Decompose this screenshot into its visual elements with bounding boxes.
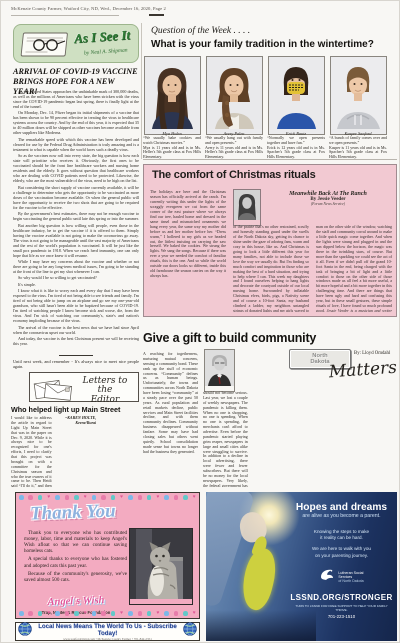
body-paragraph: By the government's best estimates, ther… [13, 211, 139, 221]
student-detail: Avery is 11 years old and is in Ms. Hell… [205, 146, 263, 160]
ranch-col-2: of the prairie that's no other restraine… [233, 225, 309, 312]
globe-icon [18, 622, 32, 641]
body-paragraph: On Monday, Dec. 14, Pfizer began its ini… [13, 110, 139, 135]
banner-headline: Local News Means The World To Us - Subsc… [34, 623, 181, 637]
ranch-news-service: (Forum News Service) [264, 202, 392, 206]
student-photo-4 [330, 56, 387, 135]
lssnd-parenting-ad: Hopes and dreams are alive as you become… [206, 492, 397, 641]
body-paragraph: While I may have my concerns about the v… [13, 259, 139, 274]
as-i-see-it-body: As the United States approaches the unth… [13, 89, 139, 351]
cat-photo [129, 528, 193, 605]
column-end-divider [59, 355, 93, 356]
lssnd-url: LSSND.ORG/STRONGER [290, 593, 393, 602]
lssnd-logo-sub: of North Dakota [338, 579, 363, 583]
as-i-see-it-logo-title: As I See It [74, 27, 131, 47]
ranch-title-block: Meanwhile Back At The Ranch By Jessie Ve… [264, 191, 392, 206]
letters-headline: Who helped light up Main Street [11, 405, 143, 414]
letter-signature-place: Keene/Rural [56, 421, 97, 426]
ranch-section-heading: The comfort of Christmas rituals [152, 169, 316, 181]
dove-icon [319, 567, 335, 588]
body-paragraph: As the United States approaches the unth… [13, 89, 139, 109]
subscribe-banner-ad: Local News Means The World To Us - Subsc… [15, 622, 200, 641]
body-paragraph: But considering the short supply of vacc… [13, 185, 139, 210]
lloyd-omdahl-photo [204, 349, 235, 392]
ranch-col-3-text: man on the other side of the window, wat… [316, 225, 392, 312]
body-paragraph: So as the vaccines now roll into every s… [13, 153, 139, 183]
student-detail: Mya is 11 years old and is in Ms. Heller… [143, 146, 201, 160]
headline-line-1: ARRIVAL OF COVID-19 VACCINE [13, 67, 140, 77]
as-i-see-it-logo-box: As I See It by Neal A. Shipman [13, 24, 139, 63]
ranch-author-bio: Jessie Veeder is a musician and writer l… [316, 308, 392, 312]
thank-you-paragraph: A special thanks to everyone who has fos… [24, 556, 127, 568]
letters-logo-line-1: Letters to the [74, 377, 136, 396]
thank-you-script-heading: Thank You [30, 501, 116, 526]
lssnd-logo-row: Lutheran Social Services of North Dakota [290, 567, 393, 588]
body-paragraph: So why would I be so willing to get vacc… [13, 275, 139, 280]
newspaper-glasses-icon [18, 28, 72, 66]
ranch-column-box: The comfort of Christmas rituals The hol… [143, 164, 397, 317]
section-rule [143, 159, 397, 160]
thank-you-paragraph: Thank you to everyone who has contribute… [24, 530, 127, 554]
letters-to-editor-logo-box: Letters to the Editor [29, 372, 139, 402]
globe-icon [183, 622, 197, 641]
as-i-see-it-closing: Until next week, and remember - It's alw… [13, 359, 139, 369]
mail-envelopes-icon [32, 376, 74, 406]
lssnd-phone: 701-223-1510 [290, 614, 393, 619]
body-paragraph: It's simple. [13, 282, 139, 287]
student-photo-3 [268, 56, 325, 135]
letters-logo-line-2: Editor [74, 396, 136, 405]
lssnd-headline: Hopes and dreams [290, 502, 393, 513]
lssnd-logo-text: Lutheran Social Services of North Dakota [338, 567, 363, 588]
letter-body: I would like to address the article in r… [11, 416, 141, 488]
body-paragraph: But another big question is how willing … [13, 223, 139, 258]
lssnd-tagline: TURN TO LSSND FOR FREE SUPPORT TO HELP Y… [290, 604, 393, 612]
lssnd-subheadline: are alive as you become a parent. [290, 513, 393, 519]
nd-matters-byline: By: Lloyd Omdahl [354, 351, 398, 356]
paw-print-border-bottom: ♥♥♥♥♥ [16, 610, 199, 617]
newspaper-page: McKenzie County Farmer, Watford City, ND… [0, 0, 400, 643]
question-of-week-kicker: Question of the Week . . . . [151, 26, 250, 36]
masthead-rule [11, 15, 119, 16]
student-caption-3: Erick Bautz “Normally we open presents t… [267, 131, 325, 160]
body-paragraph: The arrival of the vaccine is the best n… [13, 325, 139, 335]
ranch-col-3: man on the other side of the window, wat… [316, 225, 392, 312]
angels-wish-script: Angel's Wish [26, 594, 126, 608]
thank-you-body: Thank you to everyone who has contribute… [24, 530, 127, 585]
student-caption-4: Kasper Sanford “A bunch of family comes … [329, 131, 387, 160]
masthead-dash [149, 14, 164, 16]
question-of-week-question: What is your family tradition in the win… [151, 39, 374, 50]
nd-matters-body: should not become serious. Last year, we… [203, 391, 397, 487]
column-divider-rule [141, 23, 142, 159]
jessie-veeder-photo [233, 189, 261, 226]
letters-logo-script: Letters to the Editor [74, 377, 136, 405]
lssnd-logo-name: Lutheran Social Services [338, 571, 363, 579]
student-caption-1: Mya Holen “We usually bake cookies and w… [143, 131, 201, 160]
body-paragraph: And today, the vaccine is the best Chris… [13, 336, 139, 346]
student-detail: Erick is 12 years old and is in Ms. Spac… [267, 146, 325, 160]
nd-matters-columns-text: should not become serious. Last year, we… [203, 391, 248, 487]
student-detail: Kasper is 11 years old and is in Ms. Spa… [329, 146, 387, 160]
as-i-see-it-logo-byline: by Neal A. Shipman [84, 47, 128, 56]
banner-subtext: www.watfordcitynd.com • McKenzie County … [34, 637, 181, 641]
thank-you-paragraph: Because of the community's generosity, w… [24, 571, 127, 583]
nd-matters-col-1: A reaching for togetherness, nurturing m… [143, 352, 198, 487]
masthead-line: McKenzie County Farmer, Watford City, ND… [11, 6, 311, 11]
student-photo-2 [206, 56, 263, 135]
student-caption-2: Avery Palen “We usually hang out with fa… [205, 131, 263, 160]
letter-text: I would like to address the article in r… [11, 416, 52, 488]
lssnd-text-block: Hopes and dreams are alive as you become… [290, 502, 393, 619]
body-paragraph: I know what it is like to worry each and… [13, 288, 139, 323]
lssnd-line-group-1: Knowing the steps to make it reality can… [290, 529, 393, 541]
body-paragraph: The remarkable speed with which this vac… [13, 137, 139, 152]
ranch-col-1: The holidays are here and the Christmas … [150, 190, 226, 312]
student-photo-1 [144, 56, 201, 135]
angels-wish-thank-you-ad: ♥♥♥♥♥ Thank You Thank you to everyone wh… [15, 492, 200, 619]
nd-matters-headline: Give a gift to build community [143, 331, 397, 345]
banner-text-block: Local News Means The World To Us - Subsc… [32, 623, 183, 641]
lssnd-line-group-2: We are here to walk with you on your par… [290, 546, 393, 558]
